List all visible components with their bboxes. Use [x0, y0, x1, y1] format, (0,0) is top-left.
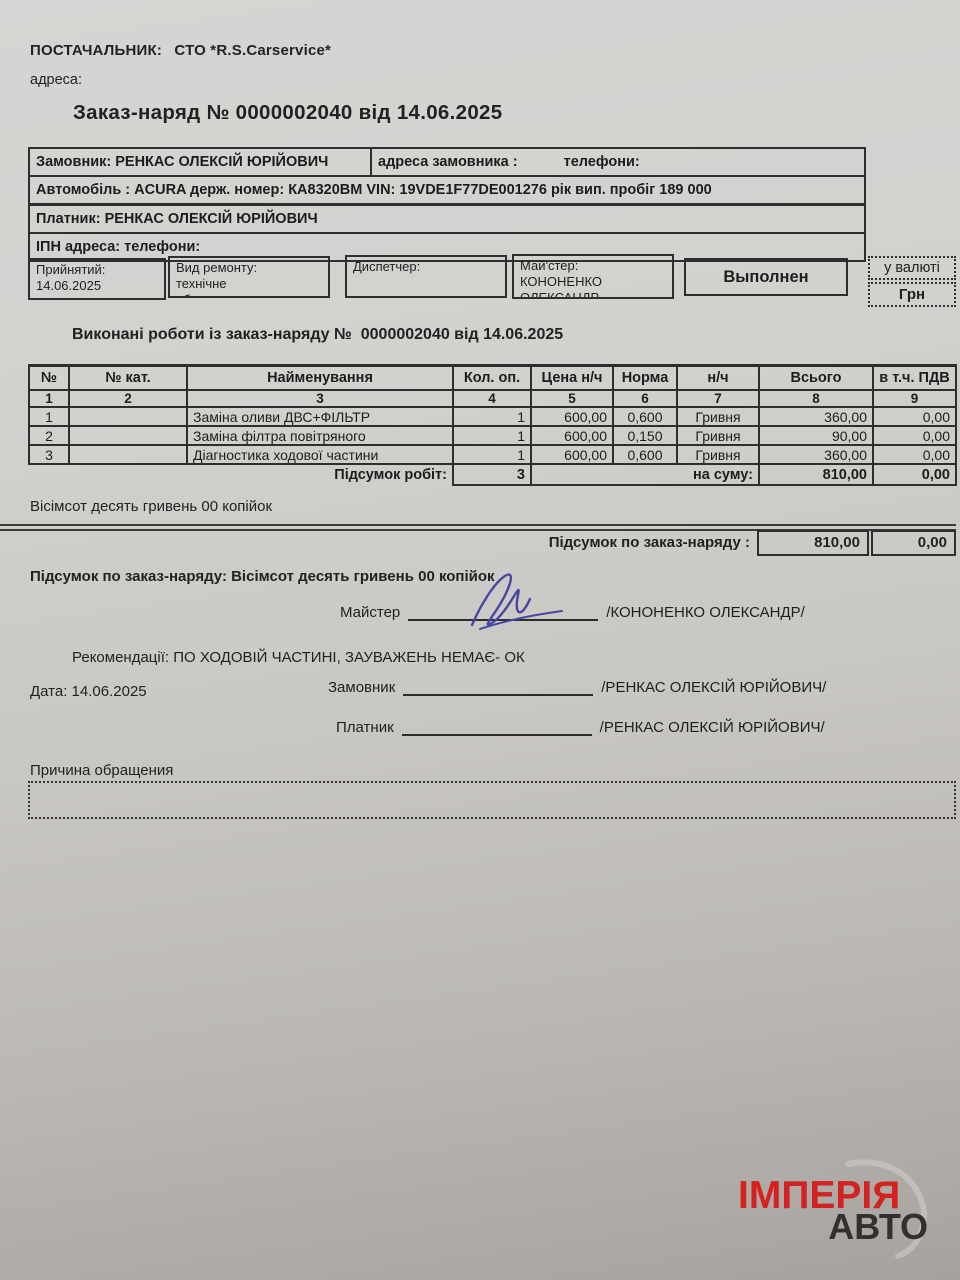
table-row: 3 Діагностика ходової частини 1 600,00 0…	[29, 445, 956, 464]
col-header: Найменування	[187, 366, 453, 391]
col-number: 9	[873, 390, 956, 407]
signature-line	[403, 681, 593, 696]
customer-phones-label: телефони:	[564, 154, 640, 170]
payer-signature-name: /РЕНКАС ОЛЕКСІЙ ЮРІЙОВИЧ/	[600, 719, 825, 736]
vehicle-cell: Автомобіль : ACURA держ. номер: КА8320ВМ…	[29, 176, 865, 204]
scanned-work-order-document: ПОСТАЧАЛЬНИК: СТО *R.S.Carservice* адрес…	[0, 0, 960, 1280]
row-total: 360,00	[759, 407, 873, 426]
col-number: 7	[677, 390, 759, 407]
document-title: Заказ-наряд № 0000002040 від 14.06.2025	[73, 101, 502, 125]
repair-type-label: Вид ремонту:	[176, 260, 322, 276]
col-number: 5	[531, 390, 613, 407]
currency-value: Грн	[868, 282, 956, 307]
works-footer-row: Підсумок робіт: 3 на суму: 810,00 0,00	[29, 464, 956, 485]
works-table: № № кат. Найменування Кол. оп. Цена н/ч …	[28, 364, 957, 486]
col-header: в т.ч. ПДВ	[873, 366, 956, 391]
row-num: 3	[29, 445, 69, 464]
table-row: 1 Заміна оливи ДВС+ФІЛЬТР 1 600,00 0,600…	[29, 407, 956, 426]
row-cat	[69, 445, 187, 464]
supplier-address-label: адреса:	[30, 72, 82, 88]
accepted-box: Прийнятий: 14.06.2025	[28, 258, 166, 300]
row-vat: 0,00	[873, 426, 956, 445]
row-name: Заміна філтра повітряного	[187, 426, 453, 445]
master-box: Май'стер: КОНОНЕНКО ОЛЕКСАНДР	[512, 254, 674, 299]
master-name: КОНОНЕНКО	[520, 274, 666, 290]
row-unit: Гривня	[677, 407, 759, 426]
col-header: Всього	[759, 366, 873, 391]
reason-input-box	[28, 781, 956, 819]
amount-in-words: Вісімсот десять гривень 00 копійок	[30, 498, 272, 515]
row-total: 90,00	[759, 426, 873, 445]
table-row: 2 Заміна філтра повітряного 1 600,00 0,1…	[29, 426, 956, 445]
supplier-label: ПОСТАЧАЛЬНИК:	[30, 42, 162, 59]
col-number: 8	[759, 390, 873, 407]
col-number: 6	[613, 390, 677, 407]
row-unit: Гривня	[677, 426, 759, 445]
customer-address-label: адреса замовника :	[378, 154, 518, 170]
recommendations-line: Рекомендації: ПО ХОДОВІЙ ЧАСТИНІ, ЗАУВАЖ…	[72, 649, 525, 666]
order-summary-total: 810,00	[757, 530, 869, 556]
repair-type-box: Вид ремонту: технічне обслуговування	[168, 256, 330, 298]
payer-table: Платник: РЕНКАС ОЛЕКСІЙ ЮРІЙОВИЧ ІПН адр…	[28, 204, 866, 262]
row-vat: 0,00	[873, 407, 956, 426]
accepted-date: 14.06.2025	[36, 278, 158, 294]
col-header: Норма	[613, 366, 677, 391]
row-price: 600,00	[531, 426, 613, 445]
col-number: 3	[187, 390, 453, 407]
row-total: 360,00	[759, 445, 873, 464]
works-footer-total: 810,00	[759, 464, 873, 485]
works-header-number-row: 1 2 3 4 5 6 7 8 9	[29, 390, 956, 407]
payer-signature-label: Платник	[336, 719, 394, 736]
table-row: Платник: РЕНКАС ОЛЕКСІЙ ЮРІЙОВИЧ	[29, 205, 865, 233]
works-footer-qty: 3	[453, 464, 531, 485]
customer-signature-label: Замовник	[328, 679, 395, 696]
row-vat: 0,00	[873, 445, 956, 464]
customer-signature-row: Замовник /РЕНКАС ОЛЕКСІЙ ЮРІЙОВИЧ/	[328, 679, 826, 696]
master-name-2: ОЛЕКСАНДР	[520, 290, 666, 299]
order-summary-words: Підсумок по заказ-наряду: Вісімсот десят…	[30, 568, 495, 585]
currency-label: у валюті	[868, 256, 956, 280]
order-summary-vat: 0,00	[871, 530, 956, 556]
works-title: Виконані роботи із заказ-наряду № 000000…	[72, 326, 563, 344]
works-header-row: № № кат. Найменування Кол. оп. Цена н/ч …	[29, 366, 956, 391]
master-signature-row: Майстер /КОНОНЕНКО ОЛЕКСАНДР/	[340, 604, 805, 621]
row-num: 1	[29, 407, 69, 426]
row-num: 2	[29, 426, 69, 445]
row-qty: 1	[453, 426, 531, 445]
row-price: 600,00	[531, 445, 613, 464]
accepted-label: Прийнятий:	[36, 262, 158, 278]
row-qty: 1	[453, 445, 531, 464]
status-completed-box: Выполнен	[684, 258, 848, 296]
master-label: Май'стер:	[520, 258, 666, 274]
row-unit: Гривня	[677, 445, 759, 464]
row-name: Діагностика ходової частини	[187, 445, 453, 464]
col-number: 1	[29, 390, 69, 407]
signature-line	[402, 721, 592, 736]
handwritten-signature	[462, 563, 572, 635]
col-number: 2	[69, 390, 187, 407]
col-header: № кат.	[69, 366, 187, 391]
customer-table: Замовник: РЕНКАС ОЛЕКСІЙ ЮРІЙОВИЧ адреса…	[28, 147, 866, 205]
master-signature-name: /КОНОНЕНКО ОЛЕКСАНДР/	[606, 604, 805, 621]
row-norm: 0,600	[613, 407, 677, 426]
works-footer-vat: 0,00	[873, 464, 956, 485]
table-row: Замовник: РЕНКАС ОЛЕКСІЙ ЮРІЙОВИЧ адреса…	[29, 148, 865, 176]
payer-cell: Платник: РЕНКАС ОЛЕКСІЙ ЮРІЙОВИЧ	[29, 205, 865, 233]
row-price: 600,00	[531, 407, 613, 426]
col-header: Кол. оп.	[453, 366, 531, 391]
customer-signature-name: /РЕНКАС ОЛЕКСІЙ ЮРІЙОВИЧ/	[601, 679, 826, 696]
row-norm: 0,150	[613, 426, 677, 445]
supplier-line: ПОСТАЧАЛЬНИК: СТО *R.S.Carservice*	[30, 42, 331, 59]
order-summary-label: Підсумок по заказ-наряду :	[420, 534, 750, 551]
col-header: н/ч	[677, 366, 759, 391]
customer-cell: Замовник: РЕНКАС ОЛЕКСІЙ ЮРІЙОВИЧ	[29, 148, 371, 176]
dispatcher-box: Диспетчер:	[345, 255, 507, 298]
works-footer-sum-label: на суму:	[531, 464, 759, 485]
currency-box: у валюті Грн	[868, 256, 956, 307]
row-qty: 1	[453, 407, 531, 426]
master-signature-label: Майстер	[340, 604, 400, 621]
row-cat	[69, 407, 187, 426]
row-cat	[69, 426, 187, 445]
col-number: 4	[453, 390, 531, 407]
imperia-avto-logo: ІМПЕРІЯ АВТО	[738, 1158, 938, 1268]
dispatcher-label: Диспетчер:	[353, 259, 499, 275]
row-norm: 0,600	[613, 445, 677, 464]
payer-signature-row: Платник /РЕНКАС ОЛЕКСІЙ ЮРІЙОВИЧ/	[336, 719, 825, 736]
table-row: Автомобіль : ACURA держ. номер: КА8320ВМ…	[29, 176, 865, 204]
col-header: №	[29, 366, 69, 391]
row-name: Заміна оливи ДВС+ФІЛЬТР	[187, 407, 453, 426]
logo-text-avto: АВТО	[738, 1210, 928, 1243]
supplier-name: СТО *R.S.Carservice*	[174, 42, 331, 59]
works-footer-label: Підсумок робіт:	[29, 464, 453, 485]
reason-label: Причина обращения	[30, 762, 173, 779]
col-header: Цена н/ч	[531, 366, 613, 391]
date-line: Дата: 14.06.2025	[30, 683, 147, 700]
repair-type-value: технічне обслуговування	[176, 276, 322, 298]
customer-address-cell: адреса замовника : телефони:	[371, 148, 865, 176]
